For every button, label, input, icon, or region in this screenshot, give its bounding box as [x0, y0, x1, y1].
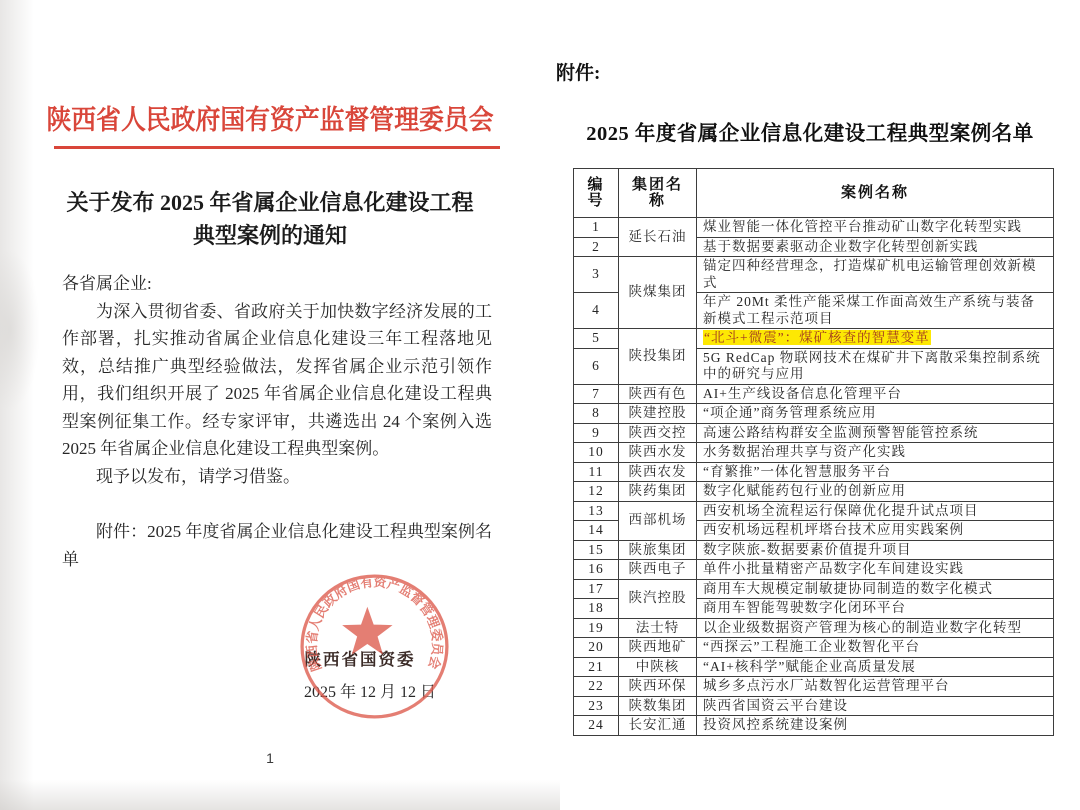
highlighted-case-text: “北斗+微震”：煤矿核查的智慧变革 — [703, 330, 931, 345]
case-name-cell: 基于数据要素驱动企业数字化转型创新实践 — [697, 237, 1054, 257]
notice-page: 陕西省人民政府国有资产监督管理委员会 关于发布 2025 年省属企业信息化建设工… — [0, 0, 540, 810]
case-name-cell: 高速公路结构群安全监测预警智能管控系统 — [697, 423, 1054, 443]
red-divider-line — [54, 146, 500, 149]
case-number-cell: 24 — [574, 716, 619, 736]
group-name-cell: 陕西环保 — [619, 677, 697, 697]
table-row: 17陕汽控股商用车大规模定制敏捷协同制造的数字化模式 — [574, 579, 1054, 599]
group-name-cell: 陕西水发 — [619, 443, 697, 463]
attachment-reference-line: 附件：2025 年度省属企业信息化建设工程典型案例名单 — [62, 518, 492, 573]
table-row: 11陕西农发“育繁推”一体化智慧服务平台 — [574, 462, 1054, 482]
group-name-cell: 长安汇通 — [619, 716, 697, 736]
group-name-cell: 中陕核 — [619, 657, 697, 677]
case-name-cell: 煤业智能一体化管控平台推动矿山数字化转型实践 — [697, 218, 1054, 238]
document-title: 关于发布 2025 年省属企业信息化建设工程 典型案例的通知 — [0, 186, 540, 252]
table-row: 1延长石油煤业智能一体化管控平台推动矿山数字化转型实践 — [574, 218, 1054, 238]
notice-body: 各省属企业: 为深入贯彻省委、省政府关于加快数字经济发展的工作部署，扎实推动省属… — [62, 270, 492, 573]
table-row: 22陕西环保城乡多点污水厂站数智化运营管理平台 — [574, 677, 1054, 697]
scanned-document: 陕西省人民政府国有资产监督管理委员会 关于发布 2025 年省属企业信息化建设工… — [0, 0, 1080, 810]
case-name-cell: 单件小批量精密产品数字化车间建设实践 — [697, 560, 1054, 580]
group-name-cell: 陕西电子 — [619, 560, 697, 580]
case-name-cell: 商用车大规模定制敏捷协同制造的数字化模式 — [697, 579, 1054, 599]
salutation: 各省属企业: — [62, 270, 492, 298]
attachment-label: 附件: — [556, 58, 600, 85]
group-name-cell: 陕投集团 — [619, 329, 697, 385]
document-title-line2: 典型案例的通知 — [0, 219, 540, 252]
table-title: 2025 年度省属企业信息化建设工程典型案例名单 — [540, 116, 1080, 146]
group-name-cell: 陕煤集团 — [619, 257, 697, 329]
table-row: 15陕旅集团数字陕旅-数据要素价值提升项目 — [574, 540, 1054, 560]
group-name-cell: 陕数集团 — [619, 696, 697, 716]
table-row: 10陕西水发水务数据治理共享与资产化实践 — [574, 443, 1054, 463]
case-number-cell: 4 — [574, 293, 619, 329]
table-row: 8陕建控股“项企通”商务管理系统应用 — [574, 404, 1054, 424]
case-number-cell: 13 — [574, 501, 619, 521]
org-red-header: 陕西省人民政府国有资产监督管理委员会 — [34, 98, 505, 137]
header-number: 编号 — [574, 169, 619, 218]
table-row: 9陕西交控高速公路结构群安全监测预警智能管控系统 — [574, 423, 1054, 443]
case-number-cell: 14 — [574, 521, 619, 541]
table-row: 23陕数集团陕西省国资云平台建设 — [574, 696, 1054, 716]
case-name-cell: 西安机场全流程运行保障优化提升试点项目 — [697, 501, 1054, 521]
document-title-line1: 关于发布 2025 年省属企业信息化建设工程 — [0, 186, 540, 219]
group-name-cell: 陕西有色 — [619, 384, 697, 404]
case-number-cell: 10 — [574, 443, 619, 463]
case-name-cell: 数字化赋能药包行业的创新应用 — [697, 482, 1054, 502]
case-name-cell: 水务数据治理共享与资产化实践 — [697, 443, 1054, 463]
cases-table: 编号 集团名称 案例名称 1延长石油煤业智能一体化管控平台推动矿山数字化转型实践… — [573, 168, 1054, 736]
table-row: 20陕西地矿“西探云”工程施工企业数智化平台 — [574, 638, 1054, 658]
body-paragraph: 现予以发布，请学习借鉴。 — [62, 463, 492, 491]
table-row: 3陕煤集团锚定四种经营理念，打造煤矿机电运输管理创效新模式 — [574, 257, 1054, 293]
cases-table-header: 编号 集团名称 案例名称 — [574, 169, 1054, 218]
case-number-cell: 18 — [574, 599, 619, 619]
case-number-cell: 11 — [574, 462, 619, 482]
case-name-cell: “AI+核科学”赋能企业高质量发展 — [697, 657, 1054, 677]
case-name-cell: “北斗+微震”：煤矿核查的智慧变革 — [697, 329, 1054, 349]
case-number-cell: 15 — [574, 540, 619, 560]
case-name-cell: “育繁推”一体化智慧服务平台 — [697, 462, 1054, 482]
case-name-cell: 数字陕旅-数据要素价值提升项目 — [697, 540, 1054, 560]
table-row: 16陕西电子单件小批量精密产品数字化车间建设实践 — [574, 560, 1054, 580]
case-name-cell: 商用车智能驾驶数字化闭环平台 — [697, 599, 1054, 619]
case-name-cell: 以企业级数据资产管理为核心的制造业数字化转型 — [697, 618, 1054, 638]
case-number-cell: 16 — [574, 560, 619, 580]
header-group-name: 集团名称 — [619, 169, 697, 218]
case-name-cell: “项企通”商务管理系统应用 — [697, 404, 1054, 424]
case-name-cell: 5G RedCap 物联网技术在煤矿井下离散采集控制系统中的研究与应用 — [697, 348, 1054, 384]
case-name-cell: “西探云”工程施工企业数智化平台 — [697, 638, 1054, 658]
case-number-cell: 17 — [574, 579, 619, 599]
seal-ring-text: 陕西省人民政府国有资产监督管理委员会 — [303, 573, 446, 673]
cases-table-body: 1延长石油煤业智能一体化管控平台推动矿山数字化转型实践2基于数据要素驱动企业数字… — [574, 218, 1054, 736]
case-name-cell: 投资风控系统建设案例 — [697, 716, 1054, 736]
case-number-cell: 23 — [574, 696, 619, 716]
page-number: 1 — [0, 750, 540, 766]
case-number-cell: 22 — [574, 677, 619, 697]
group-name-cell: 陕西地矿 — [619, 638, 697, 658]
case-name-cell: 年产 20Mt 柔性产能采煤工作面高效生产系统与装备新模式工程示范项目 — [697, 293, 1054, 329]
header-row: 编号 集团名称 案例名称 — [574, 169, 1054, 218]
case-number-cell: 9 — [574, 423, 619, 443]
table-row: 13西部机场西安机场全流程运行保障优化提升试点项目 — [574, 501, 1054, 521]
header-case-name: 案例名称 — [697, 169, 1054, 218]
group-name-cell: 西部机场 — [619, 501, 697, 540]
case-number-cell: 8 — [574, 404, 619, 424]
body-paragraph: 为深入贯彻省委、省政府关于加快数字经济发展的工作部署，扎实推动省属企业信息化建设… — [62, 298, 492, 463]
group-name-cell: 法士特 — [619, 618, 697, 638]
group-name-cell: 陕西交控 — [619, 423, 697, 443]
case-number-cell: 1 — [574, 218, 619, 238]
case-number-cell: 5 — [574, 329, 619, 349]
table-row: 5陕投集团“北斗+微震”：煤矿核查的智慧变革 — [574, 329, 1054, 349]
case-number-cell: 2 — [574, 237, 619, 257]
case-number-cell: 19 — [574, 618, 619, 638]
group-name-cell: 陕建控股 — [619, 404, 697, 424]
table-row: 24长安汇通投资风控系统建设案例 — [574, 716, 1054, 736]
case-name-cell: 锚定四种经营理念，打造煤矿机电运输管理创效新模式 — [697, 257, 1054, 293]
table-row: 7陕西有色AI+生产线设备信息化管理平台 — [574, 384, 1054, 404]
table-row: 12陕药集团数字化赋能药包行业的创新应用 — [574, 482, 1054, 502]
star-icon — [342, 607, 392, 655]
group-name-cell: 陕旅集团 — [619, 540, 697, 560]
table-row: 21中陕核“AI+核科学”赋能企业高质量发展 — [574, 657, 1054, 677]
official-seal-stamp: 陕西省人民政府国有资产监督管理委员会 — [298, 570, 451, 723]
case-name-cell: 西安机场远程机坪塔台技术应用实践案例 — [697, 521, 1054, 541]
case-number-cell: 12 — [574, 482, 619, 502]
table-row: 19法士特以企业级数据资产管理为核心的制造业数字化转型 — [574, 618, 1054, 638]
case-number-cell: 3 — [574, 257, 619, 293]
group-name-cell: 陕药集团 — [619, 482, 697, 502]
group-name-cell: 陕汽控股 — [619, 579, 697, 618]
attachment-page: 附件: 2025 年度省属企业信息化建设工程典型案例名单 编号 集团名称 案例名… — [540, 0, 1080, 810]
group-name-cell: 陕西农发 — [619, 462, 697, 482]
case-name-cell: 城乡多点污水厂站数智化运营管理平台 — [697, 677, 1054, 697]
group-name-cell: 延长石油 — [619, 218, 697, 257]
case-number-cell: 6 — [574, 348, 619, 384]
case-number-cell: 7 — [574, 384, 619, 404]
case-name-cell: 陕西省国资云平台建设 — [697, 696, 1054, 716]
case-name-cell: AI+生产线设备信息化管理平台 — [697, 384, 1054, 404]
case-number-cell: 21 — [574, 657, 619, 677]
case-number-cell: 20 — [574, 638, 619, 658]
